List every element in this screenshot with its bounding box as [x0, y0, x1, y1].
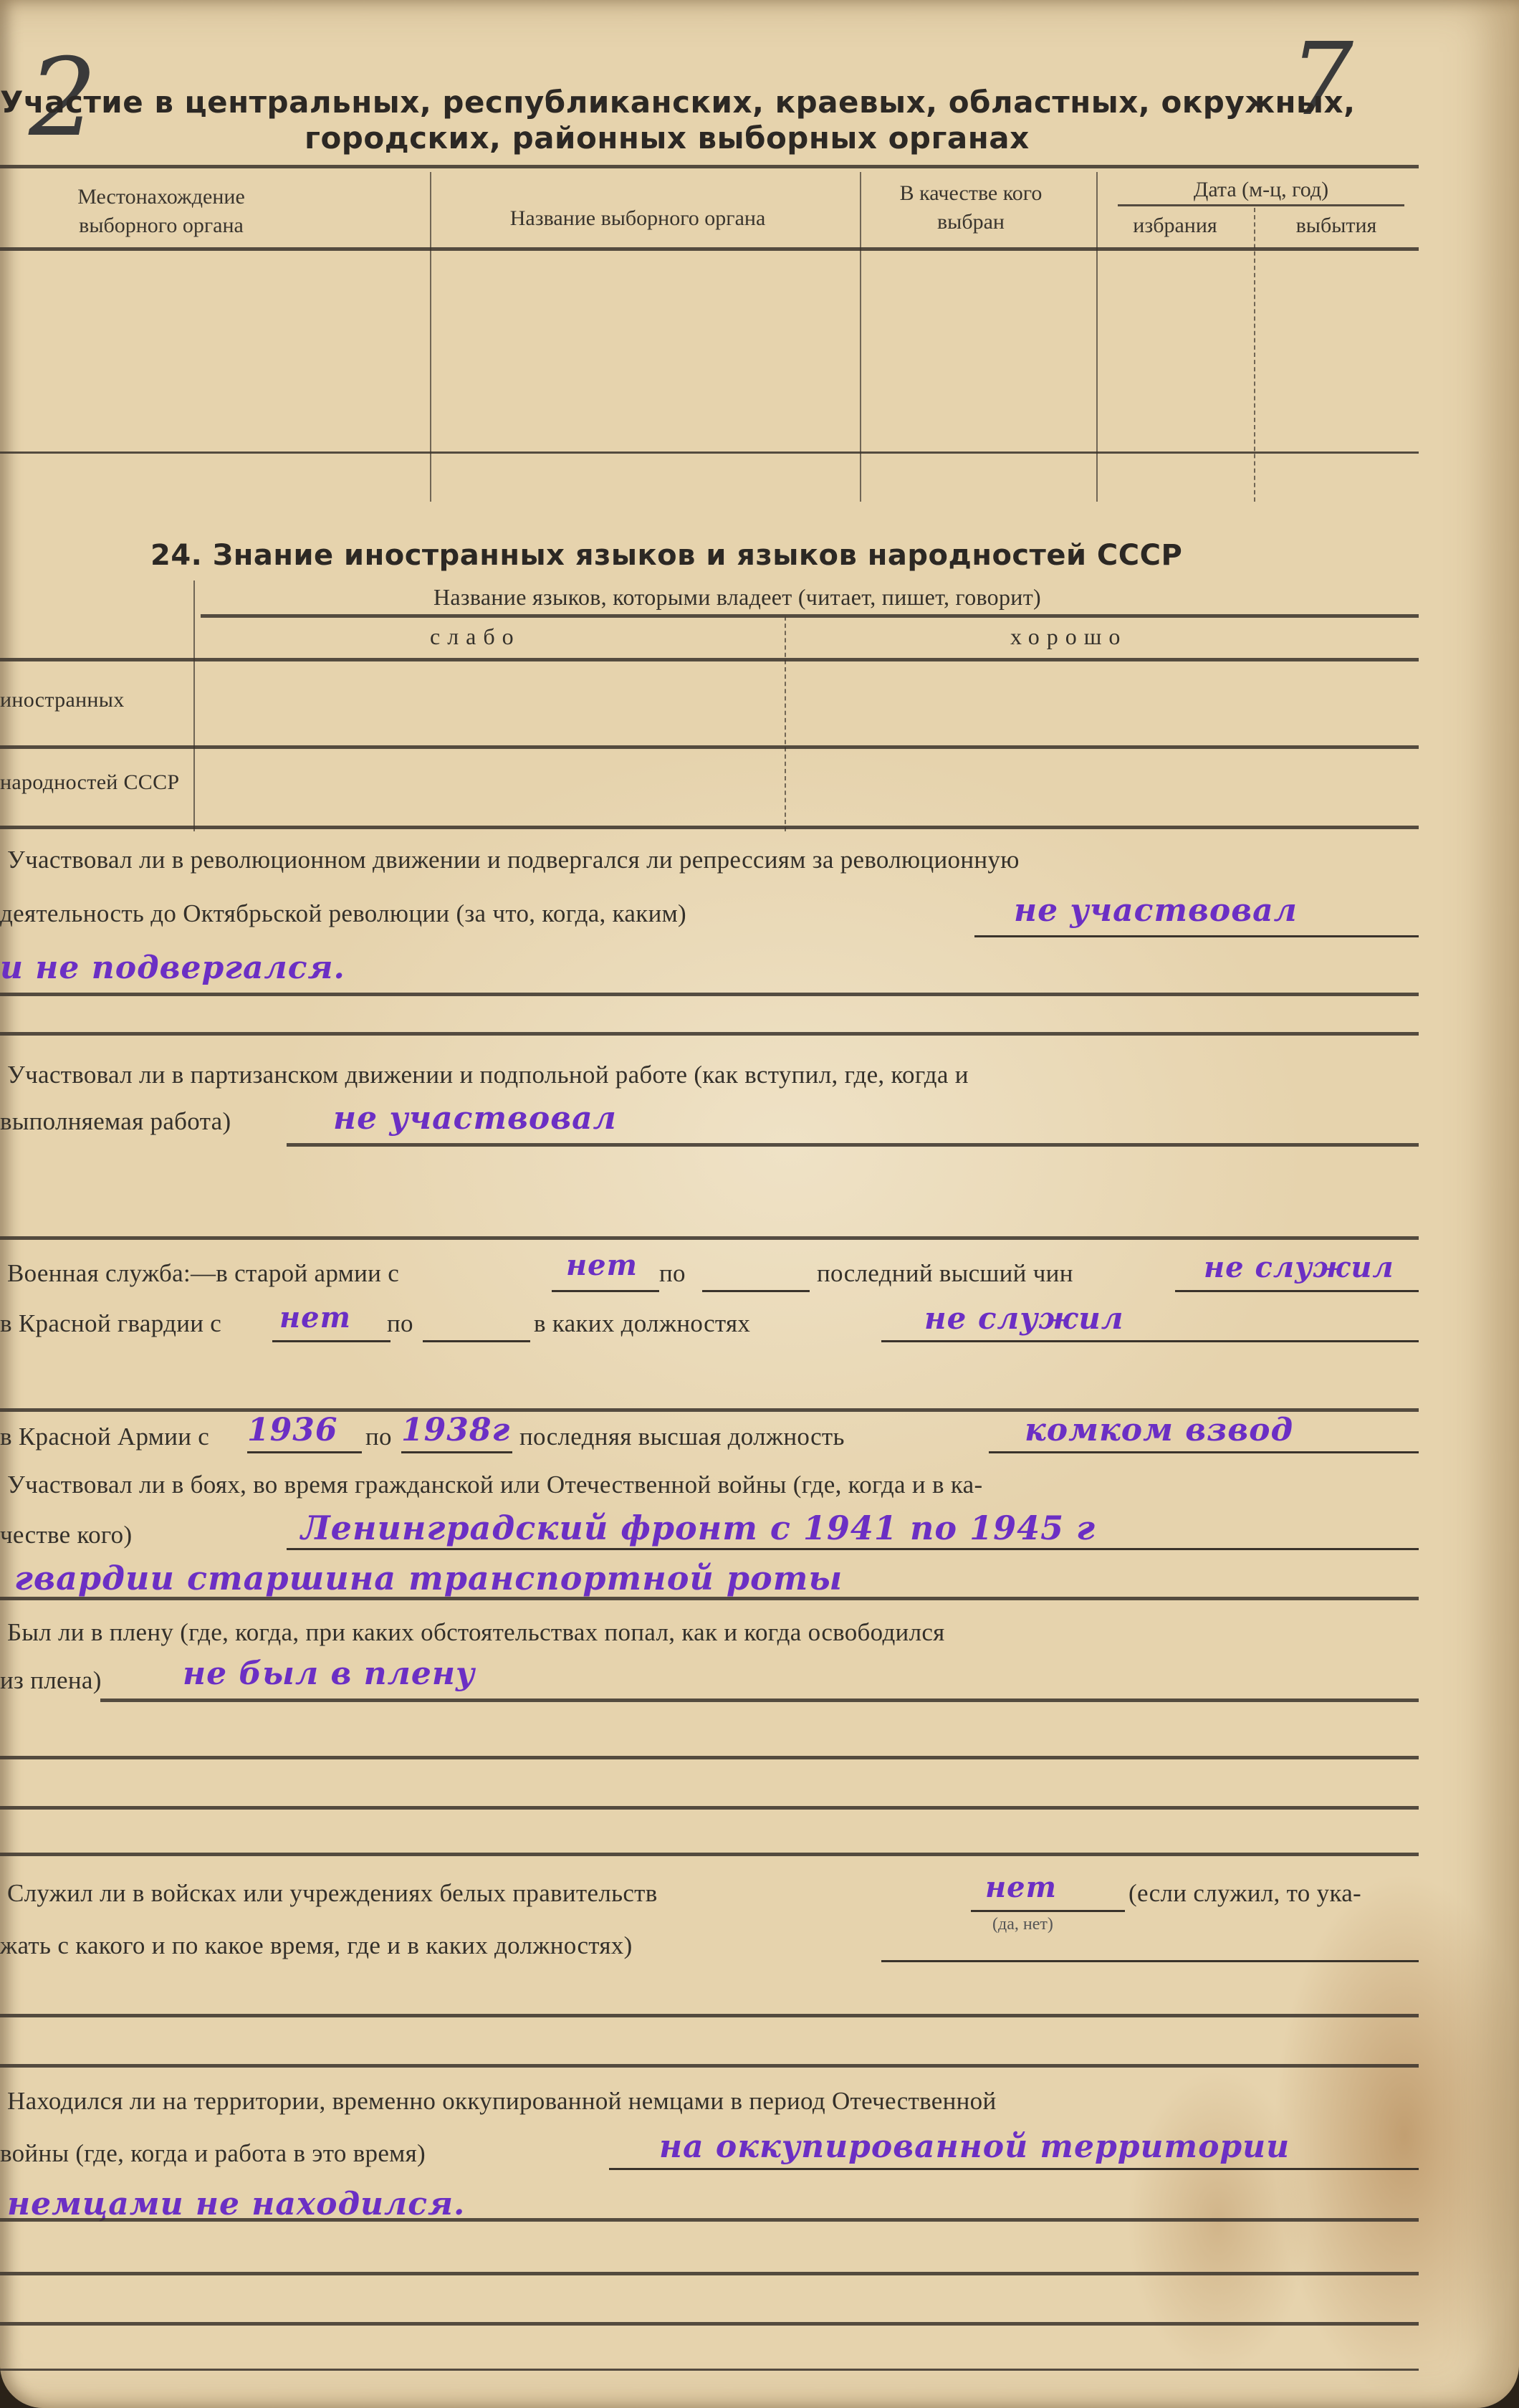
row-foreign-label: иностранных — [0, 688, 125, 712]
col-date-group: Дата (м-ц, год) — [1103, 176, 1419, 204]
partisan-question-line1: Участвовал ли в партизанском движении и … — [7, 1061, 969, 1089]
old-army-from[interactable]: нет — [566, 1248, 638, 1282]
captivity-question-line2: из плена) — [0, 1666, 102, 1695]
col-date-elected: избрания — [1096, 211, 1254, 240]
partisan-answer[interactable]: не участвовал — [333, 1100, 617, 1137]
section-23-title-line1: Участие в центральных, республиканских, … — [0, 85, 1356, 120]
white-army-question-line1a: Служил ли в войсках или учреждениях белы… — [7, 1879, 658, 1908]
red-guard-label: в Красной гвардии с — [0, 1309, 221, 1338]
col-weak: слабо — [430, 623, 521, 650]
captivity-answer[interactable]: не был в плену — [183, 1655, 475, 1692]
white-army-question-line1b: (если служил, то ука- — [1129, 1879, 1361, 1908]
page-number-right-mark: 7 — [1290, 21, 1353, 138]
col-body-name: Название выборного органа — [437, 204, 838, 233]
positions-label: в каких должностях — [534, 1309, 750, 1338]
personnel-form-page: 2 7 Участие в центральных, республиканск… — [0, 0, 1519, 2408]
battles-answer-line2[interactable]: гвардии старшина транспортной роты — [14, 1559, 843, 1597]
old-army-to[interactable] — [702, 1290, 810, 1292]
occupation-question-line2: войны (где, когда и работа в это время) — [0, 2139, 426, 2168]
partisan-question-line2: выполняемая работа) — [0, 1107, 231, 1136]
white-army-answer-yn[interactable]: нет — [985, 1870, 1057, 1904]
occupation-answer-line1[interactable]: на оккупированной территории — [659, 2128, 1290, 2165]
old-army-label: Военная служба:—в старой армии с — [7, 1259, 399, 1288]
last-rank-value[interactable]: не служил — [1204, 1251, 1394, 1284]
last-rank-label: последний высший чин — [817, 1259, 1073, 1288]
red-guard-to[interactable] — [423, 1340, 530, 1342]
occupation-answer-line2[interactable]: немцами не находился. — [7, 2186, 465, 2222]
old-army-to-label: по — [659, 1259, 686, 1288]
revolution-answer-line2[interactable]: и не подвергался. — [0, 950, 345, 986]
red-guard-from[interactable]: нет — [279, 1301, 351, 1334]
col-good: хорошо — [1010, 623, 1127, 650]
col-date-left: выбытия — [1257, 211, 1415, 240]
positions-value[interactable]: не служил — [924, 1301, 1124, 1336]
col-location: Местонахождение выборного органа — [43, 183, 279, 240]
captivity-question-line1: Был ли в плену (где, когда, при каких об… — [7, 1618, 945, 1647]
section-23-title-line2: городских, районных выборных органах — [305, 120, 1030, 156]
languages-header: Название языков, которыми владеет (читае… — [433, 584, 1041, 611]
battles-question-line1: Участвовал ли в боях, во время гражданск… — [7, 1471, 982, 1499]
revolution-answer-line1[interactable]: не участвовал — [1014, 892, 1298, 929]
red-guard-to-label: по — [387, 1309, 413, 1338]
row-ussr-label: народностей СССР — [0, 770, 179, 795]
white-army-question-line2: жать с какого и по какое время, где и в … — [0, 1931, 633, 1960]
red-army-to[interactable]: 1938г — [401, 1412, 510, 1448]
revolution-question-line2: деятельность до Октябрьской революции (з… — [0, 899, 686, 928]
battles-answer-line1[interactable]: Ленинградский фронт с 1941 по 1945 г — [301, 1509, 1096, 1547]
section-24-title: 24. Знание иностранных языков и языков н… — [150, 539, 1182, 572]
white-army-answer[interactable] — [881, 1960, 1419, 1962]
red-army-to-label: по — [365, 1423, 392, 1451]
yes-no-hint: (да, нет) — [992, 1915, 1053, 1934]
last-position-label: последняя высшая должность — [519, 1423, 845, 1451]
last-position-value[interactable]: комком взвод — [1025, 1412, 1293, 1448]
occupation-question-line1: Находился ли на территории, временно окк… — [7, 2087, 997, 2116]
red-army-label: в Красной Армии с — [0, 1423, 209, 1451]
revolution-question-line1: Участвовал ли в революционном движении и… — [7, 846, 1020, 874]
col-elected-as: В качестве кого выбран — [863, 179, 1078, 236]
battles-question-line2: честве кого) — [0, 1521, 132, 1549]
red-army-from[interactable]: 1936 — [247, 1412, 337, 1448]
